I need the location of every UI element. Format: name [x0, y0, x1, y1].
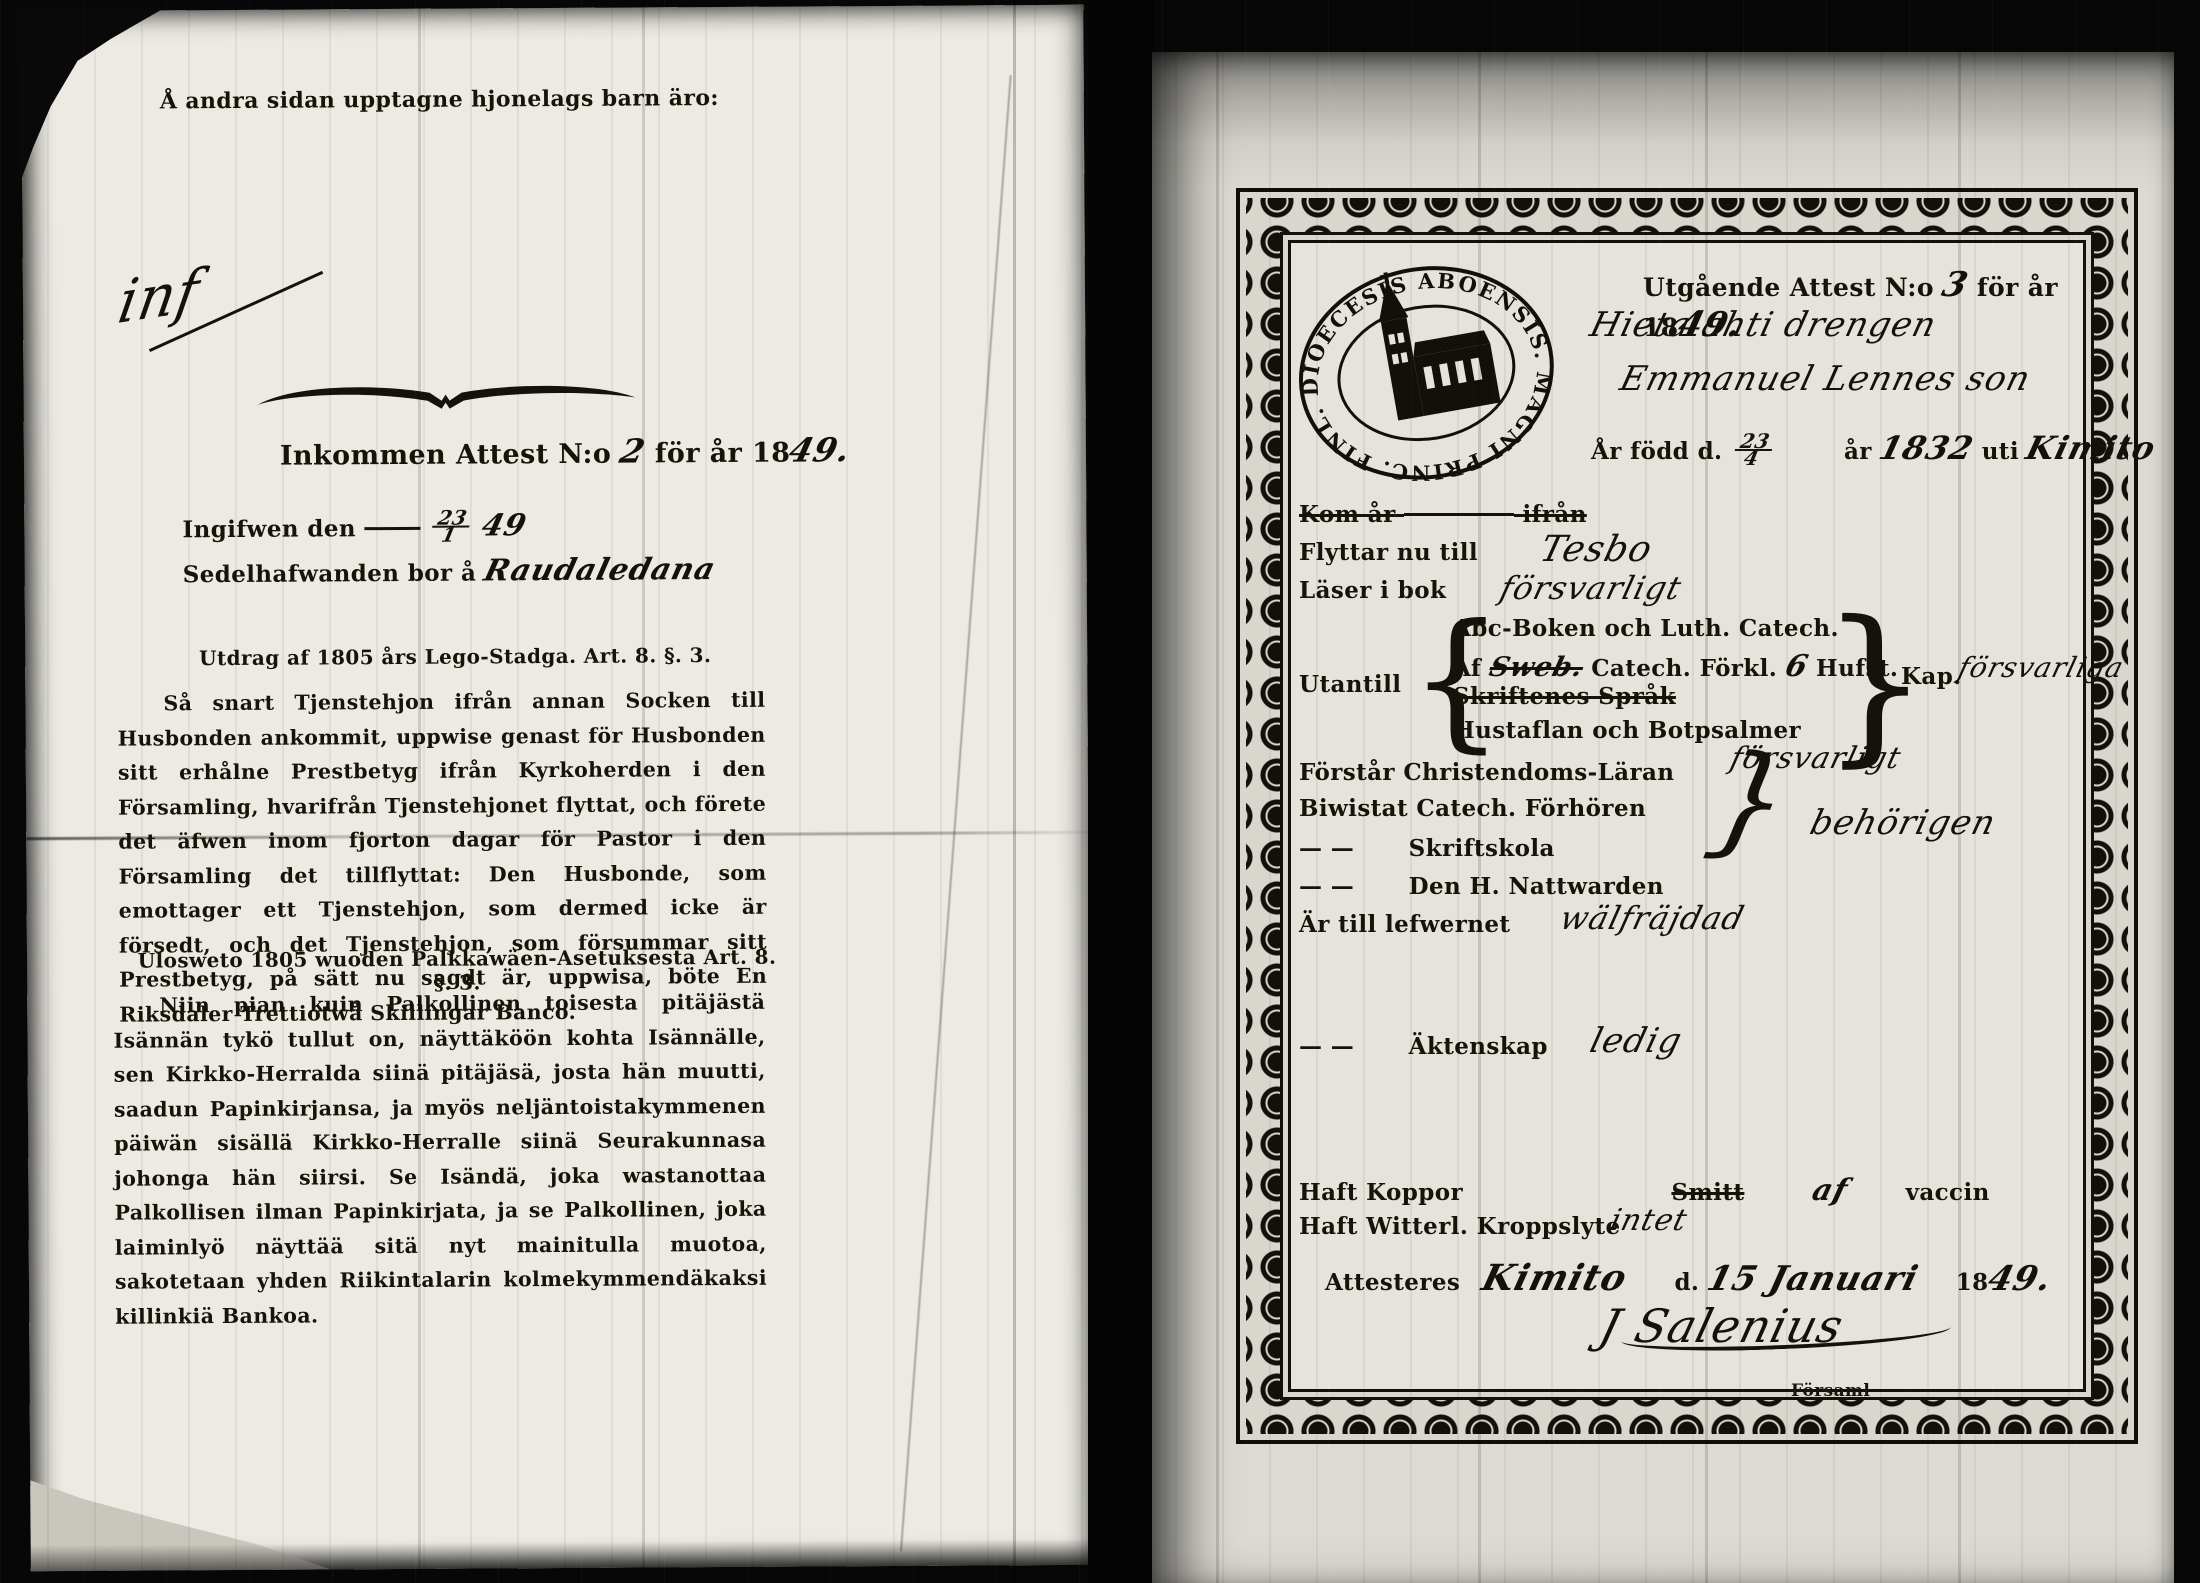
item2-number-handwriting: 6 [1781, 649, 1812, 684]
attest-middle: för år 18 [655, 438, 791, 470]
kroppslyte-handwriting: intet [1607, 1203, 1692, 1238]
ingifwen-extra-handwriting: 49 [478, 508, 530, 543]
utantill-label: Utantill [1299, 671, 1401, 698]
utantill-item1: Abc-Boken och Luth. Catech. [1453, 615, 1839, 642]
utantill-kap: Kap. [1901, 663, 1962, 690]
born-year-handwriting: 1832 [1875, 429, 1978, 467]
book-gutter [1088, 0, 1154, 1583]
born-year-label: år [1844, 438, 1872, 465]
nattwarden-row: — — Den H. Nattwarden [1299, 873, 1664, 900]
person-line1-handwriting: Hietalahti drengen [1586, 305, 1941, 345]
certificate-footer: Församl [1791, 1381, 1870, 1401]
biwistat-row: Biwistat Catech. Förhören [1299, 795, 1646, 822]
born-label: År född d. [1591, 438, 1722, 465]
kroppslyte-row: Haft Witterl. Kroppslyte [1299, 1213, 1621, 1240]
utantill-note-handwriting: försvarliga [1955, 651, 2128, 684]
finnish-extract-body: Niin pian kuin Palkollinen toisesta pitä… [113, 985, 767, 1334]
left-page: Å andra sidan upptagne hjonelags barn är… [21, 5, 1093, 1571]
skriftskola-row: — — Skriftskola [1299, 835, 1555, 862]
rosette-border: DIOECESIS ABOENSIS. MAGNI PRINC. FINL. [1246, 198, 2128, 1434]
brace-flourish [251, 369, 641, 417]
margin-annotation-handwriting: inf [113, 255, 205, 337]
handwritten-brace: } [1699, 738, 1800, 863]
torn-corner-top-left [17, 6, 168, 187]
koppor-smitt-struck: Smitt [1671, 1179, 1744, 1206]
aktenskap-row: — — Äktenskap [1299, 1033, 1548, 1060]
sedelhafwanden-line: Sedelhafwanden bor å Raudaledana [183, 552, 716, 590]
born-date-fraction: 23 4 [1732, 434, 1775, 465]
forstar-row: Förstår Christendoms-Läran [1299, 759, 1674, 786]
ingifwen-rule [364, 527, 420, 530]
lefwernet-handwriting: wälfräjdad [1556, 899, 1748, 937]
laser-handwriting: försvarligt [1496, 569, 1686, 607]
biwistat-handwriting: behörigen [1806, 803, 2000, 843]
certificate-frame: DIOECESIS ABOENSIS. MAGNI PRINC. FINL. [1236, 188, 2138, 1444]
utantill-item3-struck: Skriftenes Språk [1453, 683, 1676, 710]
attest-number-handwriting: 3 [1938, 265, 1973, 305]
ingifwen-line: Ingifwen den 23 1 49 [182, 508, 525, 545]
attest-prefix: Utgående Attest N:o [1643, 273, 1934, 302]
ingifwen-date-fraction: 23 1 [430, 511, 473, 542]
kom-ar-row: Kom år ifrån [1299, 501, 1587, 528]
right-page: DIOECESIS ABOENSIS. MAGNI PRINC. FINL. [1152, 52, 2174, 1583]
attest-year-handwriting: 49. [786, 430, 856, 469]
attest-prefix: Inkommen Attest N:o [280, 439, 611, 472]
attest-place-handwriting: Kimito [1477, 1257, 1631, 1299]
certificate-body: DIOECESIS ABOENSIS. MAGNI PRINC. FINL. [1288, 240, 2086, 1392]
attest-number-handwriting: 2 [616, 431, 649, 470]
sedelhafwanden-label: Sedelhafwanden bor å [183, 559, 477, 588]
attest-year-handwriting: 49. [1984, 1259, 2056, 1299]
born-place-handwriting: Kimito [2023, 429, 2161, 467]
attest-date-handwriting: 15 Januari [1703, 1259, 1923, 1299]
inkommen-attest-line: Inkommen Attest N:o 2 för år 1849. [280, 430, 851, 472]
scanned-document: Å andra sidan upptagne hjonelags barn är… [0, 0, 2200, 1583]
vertical-crease [900, 75, 1012, 1551]
item2-struck: Sweb. [1486, 652, 1587, 683]
diocese-seal: DIOECESIS ABOENSIS. MAGNI PRINC. FINL. [1272, 224, 1578, 507]
born-place-label: uti [1982, 438, 2019, 465]
flyttar-row: Flyttar nu till [1299, 539, 1478, 566]
person-line2-handwriting: Emmanuel Lennes son [1616, 359, 2035, 399]
flyttar-handwriting: Tesbo [1536, 529, 1657, 570]
aktenskap-handwriting: ledig [1586, 1021, 1686, 1061]
lefwernet-row: Är till lefwernet [1299, 911, 1510, 938]
swedish-extract-heading: Utdrag af 1805 års Lego-Stadga. Art. 8. … [125, 643, 785, 671]
left-page-header: Å andra sidan upptagne hjonelags barn är… [160, 85, 719, 114]
ingifwen-label: Ingifwen den [182, 515, 356, 543]
koppor-af-handwriting: af [1808, 1173, 1851, 1208]
born-line: År född d. 23 4 år 1832 uti Kimito [1591, 429, 2156, 467]
page-top-fold-shadow [1152, 52, 2174, 192]
attesteres-row: Attesteres Kimito d. 15 Januari 1849. [1325, 1257, 2051, 1299]
page-bottom-shadow [31, 1539, 1093, 1571]
sedelhafwanden-handwriting: Raudaledana [480, 552, 719, 588]
